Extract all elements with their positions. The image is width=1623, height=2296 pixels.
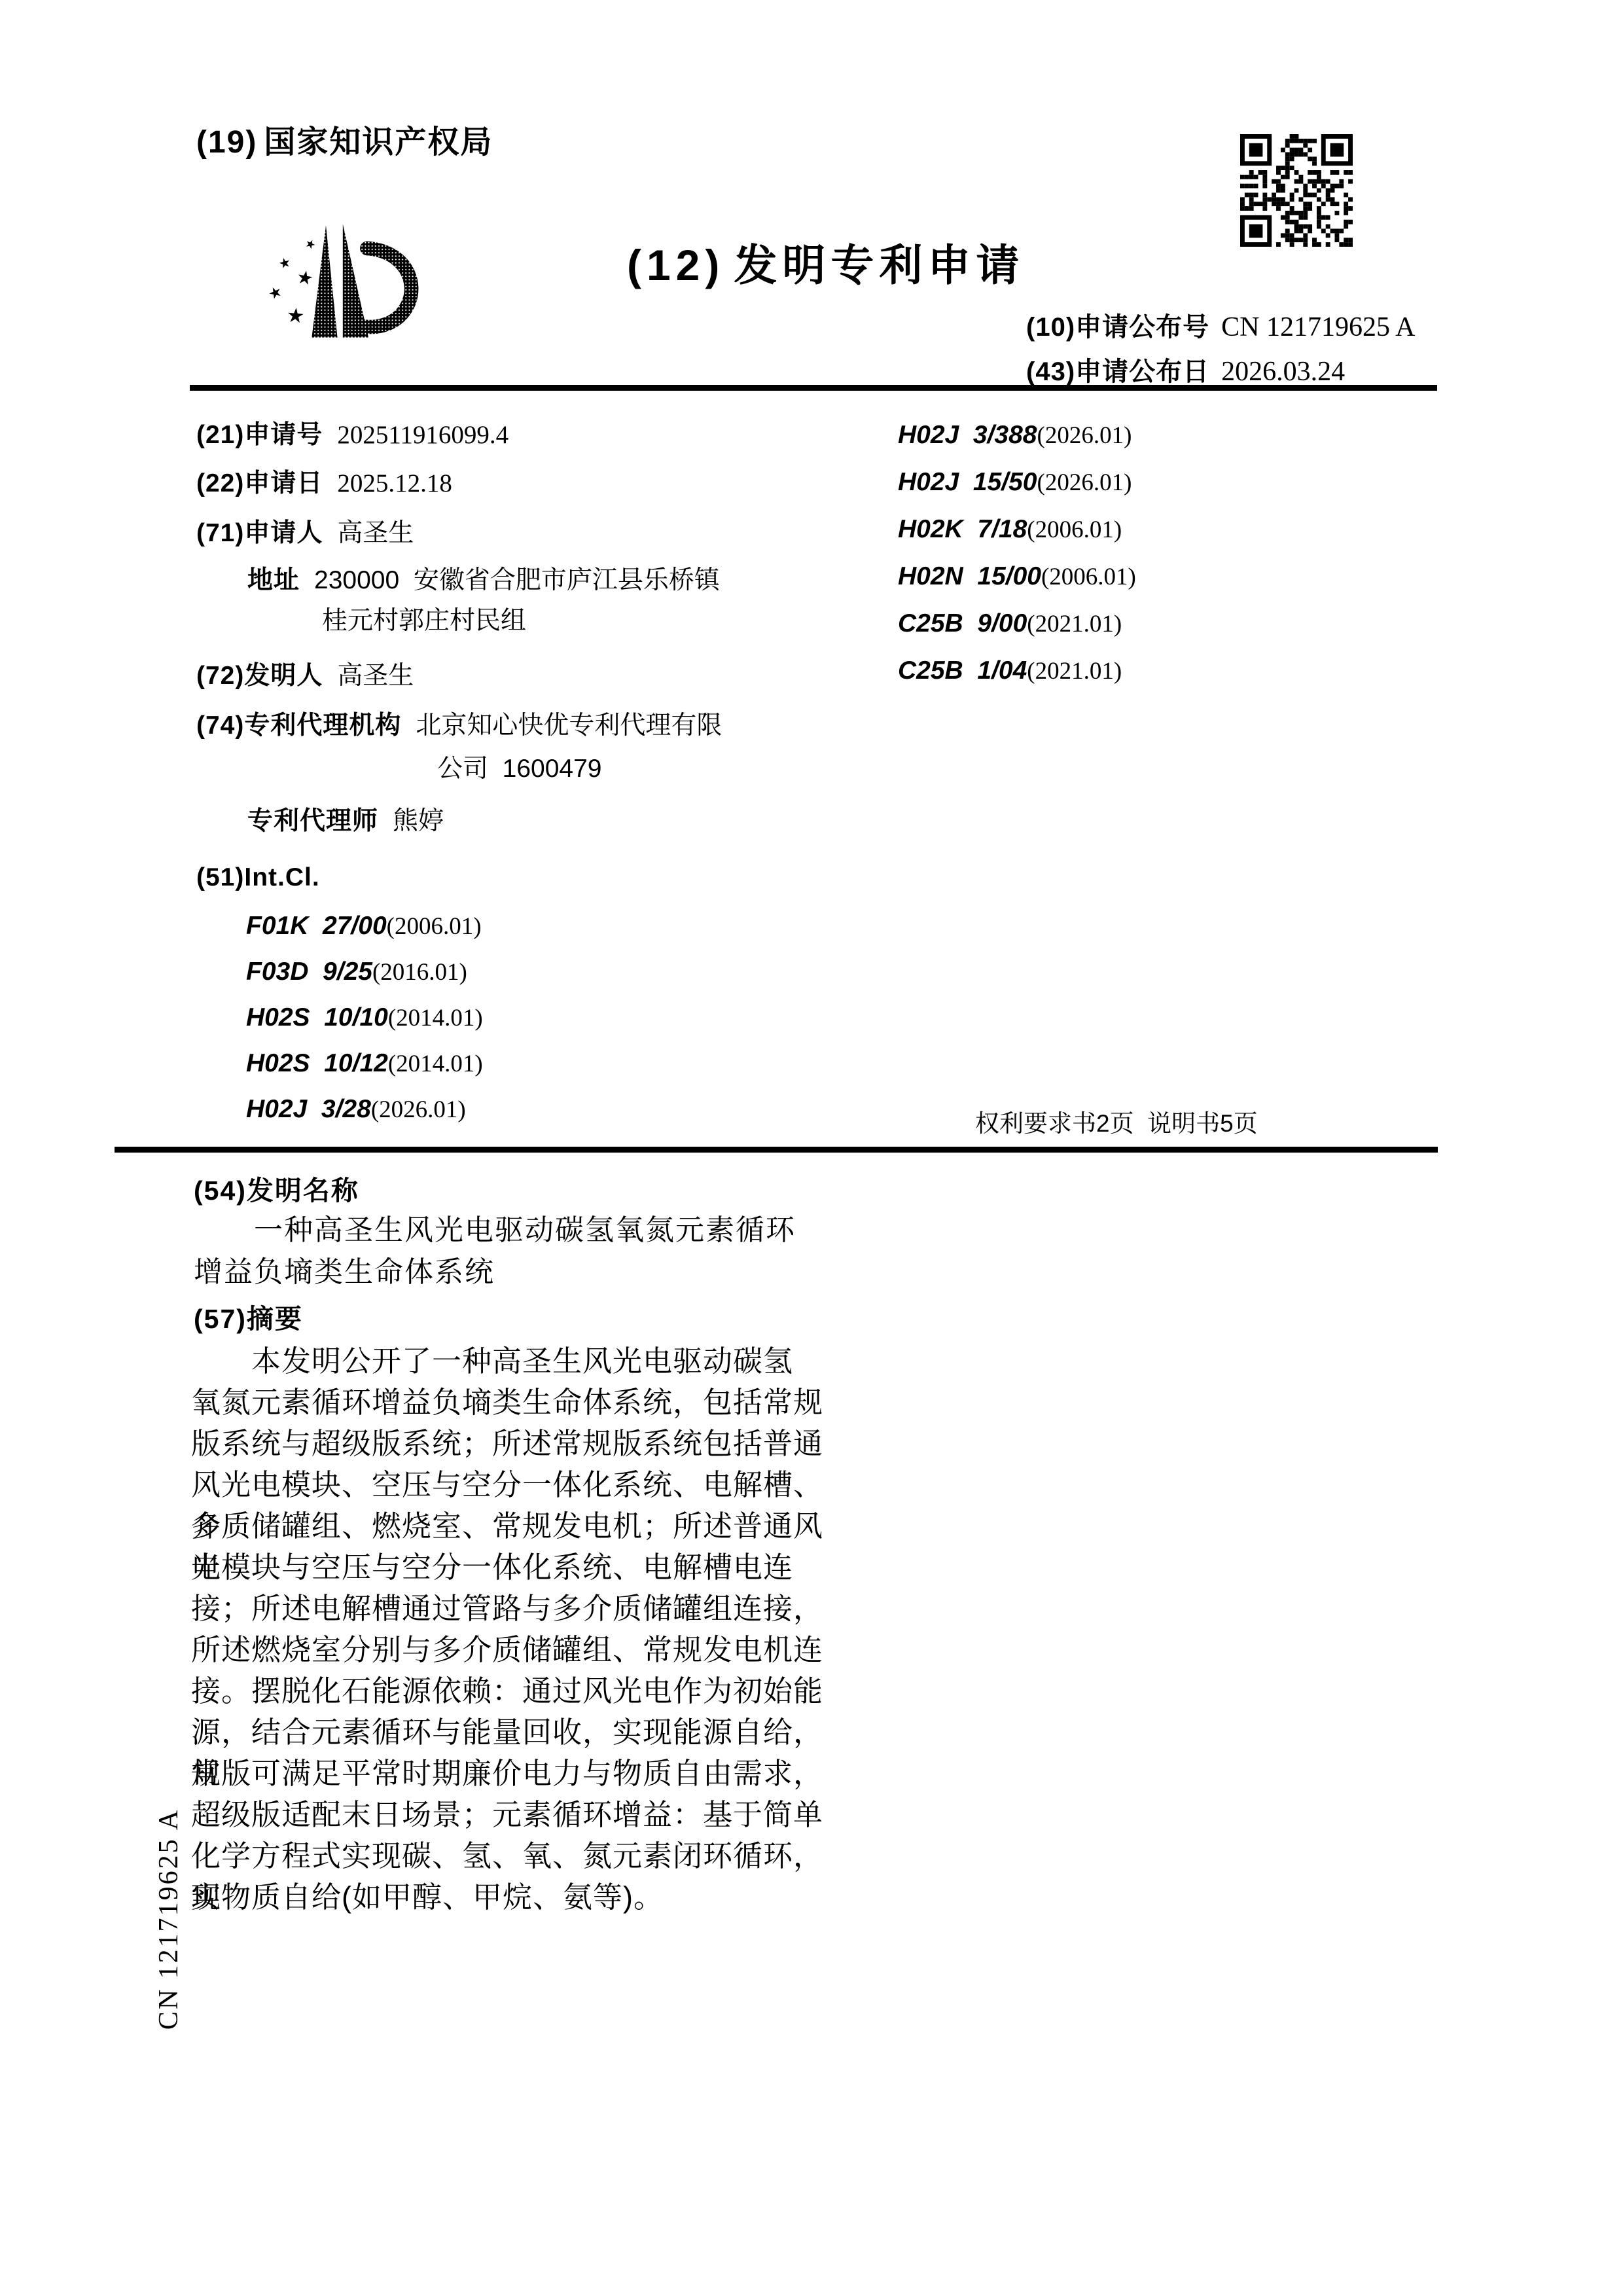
patent-front-page: { "ink": "#000000", "header": { "office_… <box>0 0 1623 2296</box>
abstract-line: 现物质自给(如甲醇、甲烷、氨等)。 <box>191 1876 852 1918</box>
inventor-value: 高圣生 <box>337 662 414 690</box>
publication-date-label: (43)申请公布日 <box>1026 357 1209 386</box>
document-type-code: (12) <box>627 241 724 289</box>
body-divider <box>115 1147 1438 1153</box>
intcl-heading: (51)Int.Cl. <box>196 863 320 893</box>
publication-date-line: (43)申请公布日2026.03.24 <box>1026 351 1345 388</box>
abstract-line: 接；所述电解槽通过管路与多介质储罐组连接， <box>191 1588 852 1629</box>
publication-date-value: 2026.03.24 <box>1221 357 1345 387</box>
ipc-code: H02S 10/12 <box>246 1049 388 1077</box>
agent-value: 熊婷 <box>393 807 444 835</box>
abstract-line: 源，结合元素循环与能量回收，实现能源自给，常 <box>191 1712 852 1753</box>
intcl-item: H02S 10/10(2014.01) <box>246 1003 483 1033</box>
document-type-name: 发明专利申请 <box>734 241 1024 289</box>
agency-row-line2: 公司 1600479 <box>437 754 602 784</box>
ipc-version: (2026.01) <box>1037 469 1132 496</box>
application-number-value: 202511916099.4 <box>337 421 508 449</box>
issuing-office: (19)国家知识产权局 <box>196 117 493 162</box>
intcl-item: H02S 10/12(2014.01) <box>246 1049 483 1079</box>
ipc-code: H02J 3/388 <box>898 421 1037 449</box>
application-date-row: (22)申请日2025.12.18 <box>196 469 452 499</box>
invention-title-line1: 一种高圣生风光电驱动碳氢氧氮元素循环 <box>194 1210 848 1251</box>
intcl-item: F01K 27/00(2006.01) <box>246 911 482 942</box>
agent-label: 专利代理师 <box>247 807 378 835</box>
address-row: 地址230000 安徽省合肥市庐江县乐桥镇 <box>247 565 720 596</box>
ipc-code: H02K 7/18 <box>898 515 1027 543</box>
abstract-line: 电模块与空压与空分一体化系统、电解槽电连 <box>191 1547 852 1588</box>
applicant-value: 高圣生 <box>337 519 414 547</box>
ipc-version: (2014.01) <box>388 1050 483 1077</box>
abstract-line: 接。摆脱化石能源依赖：通过风光电作为初始能 <box>191 1670 852 1712</box>
address-label: 地址 <box>247 566 300 594</box>
abstract-heading: (57)摘要 <box>194 1297 303 1336</box>
ipc-item: C25B 1/04(2021.01) <box>898 656 1122 687</box>
invention-title-heading: (54)发明名称 <box>194 1169 359 1208</box>
ipc-code: F03D 9/25 <box>246 958 372 986</box>
publication-number-value: CN 121719625 A <box>1221 312 1415 342</box>
agency-row: (74)专利代理机构北京知心快优专利代理有限 <box>196 711 722 741</box>
ipc-code: C25B 1/04 <box>898 656 1027 685</box>
abstract-line: 规版可满足平常时期廉价电力与物质自由需求， <box>191 1753 852 1794</box>
ipc-version: (2014.01) <box>388 1005 483 1031</box>
ipc-code: C25B 9/00 <box>898 609 1027 637</box>
ipc-code: H02N 15/00 <box>898 562 1041 590</box>
abstract-line: 风光电模块、空压与空分一体化系统、电解槽、多 <box>191 1464 852 1505</box>
invention-title-line2: 增益负墒类生命体系统 <box>194 1251 848 1293</box>
abstract-line: 氧氮元素循环增益负墒类生命体系统，包括常规 <box>191 1382 852 1423</box>
ipc-version: (2021.01) <box>1027 658 1122 685</box>
ipc-code: F01K 27/00 <box>246 912 387 940</box>
ipc-version: (2021.01) <box>1027 611 1122 637</box>
application-date-value: 2025.12.18 <box>337 469 452 497</box>
qr-code <box>1240 134 1353 247</box>
ipc-item: H02J 15/50(2026.01) <box>898 467 1132 498</box>
inventor-row: (72)发明人高圣生 <box>196 661 414 691</box>
publication-number-line: (10)申请公布号CN 121719625 A <box>1026 306 1416 344</box>
ipc-item: H02K 7/18(2006.01) <box>898 514 1122 545</box>
ipc-version: (2016.01) <box>372 959 467 986</box>
abstract-line: 介质储罐组、燃烧室、常规发电机；所述普通风光 <box>191 1505 852 1547</box>
agent-row: 专利代理师熊婷 <box>247 806 444 836</box>
ipc-version: (2006.01) <box>1027 516 1122 543</box>
ipc-version: (2026.01) <box>371 1096 466 1123</box>
document-type-title: (12)发明专利申请 <box>627 230 1024 293</box>
ipc-item: C25B 9/00(2021.01) <box>898 609 1122 639</box>
side-publication-number: CN 121719625 A <box>153 1808 185 2030</box>
applicant-row: (71)申请人高圣生 <box>196 518 414 548</box>
header-divider <box>190 385 1437 391</box>
agency-value-line2: 公司 1600479 <box>437 755 602 783</box>
application-number-row: (21)申请号202511916099.4 <box>196 420 508 450</box>
ipc-version: (2026.01) <box>1037 422 1132 449</box>
abstract-line: 版系统与超级版系统；所述常规版系统包括普通 <box>191 1423 852 1464</box>
issuing-office-code: (19) <box>196 125 257 160</box>
address-value-line1: 230000 安徽省合肥市庐江县乐桥镇 <box>314 566 720 594</box>
application-date-label: (22)申请日 <box>196 469 323 497</box>
applicant-label: (71)申请人 <box>196 519 323 547</box>
address-row-line2: 桂元村郭庄村民组 <box>322 606 526 636</box>
intcl-label: (51)Int.Cl. <box>196 863 320 891</box>
abstract-line: 所述燃烧室分别与多介质储罐组、常规发电机连 <box>191 1629 852 1670</box>
intcl-item: H02J 3/28(2026.01) <box>246 1094 466 1125</box>
intcl-item: F03D 9/25(2016.01) <box>246 957 467 988</box>
application-number-label: (21)申请号 <box>196 421 323 449</box>
ipc-code: H02J 3/28 <box>246 1095 371 1123</box>
publication-number-label: (10)申请公布号 <box>1026 313 1209 342</box>
inventor-label: (72)发明人 <box>196 662 323 690</box>
abstract-line: 本发明公开了一种高圣生风光电驱动碳氢 <box>191 1340 852 1382</box>
ipc-item: H02N 15/00(2006.01) <box>898 562 1136 592</box>
abstract-text: 本发明公开了一种高圣生风光电驱动碳氢 氧氮元素循环增益负墒类生命体系统，包括常规… <box>191 1340 852 1918</box>
ipc-item: H02J 3/388(2026.01) <box>898 420 1132 451</box>
ipc-code: H02S 10/10 <box>246 1003 388 1031</box>
cnipa-logo <box>265 217 429 349</box>
ipc-version: (2006.01) <box>387 913 482 940</box>
ipc-version: (2006.01) <box>1041 564 1136 590</box>
address-value-line2: 桂元村郭庄村民组 <box>322 607 526 635</box>
agency-label: (74)专利代理机构 <box>196 711 401 740</box>
abstract-line: 化学方程式实现碳、氢、氧、氮元素闭环循环，实 <box>191 1835 852 1876</box>
pages-info: 权利要求书2页 说明书5页 <box>975 1103 1258 1139</box>
ipc-code: H02J 15/50 <box>898 468 1037 496</box>
abstract-line: 超级版适配末日场景；元素循环增益：基于简单 <box>191 1794 852 1835</box>
agency-value-line1: 北京知心快优专利代理有限 <box>416 711 722 740</box>
issuing-office-name: 国家知识产权局 <box>264 125 493 160</box>
